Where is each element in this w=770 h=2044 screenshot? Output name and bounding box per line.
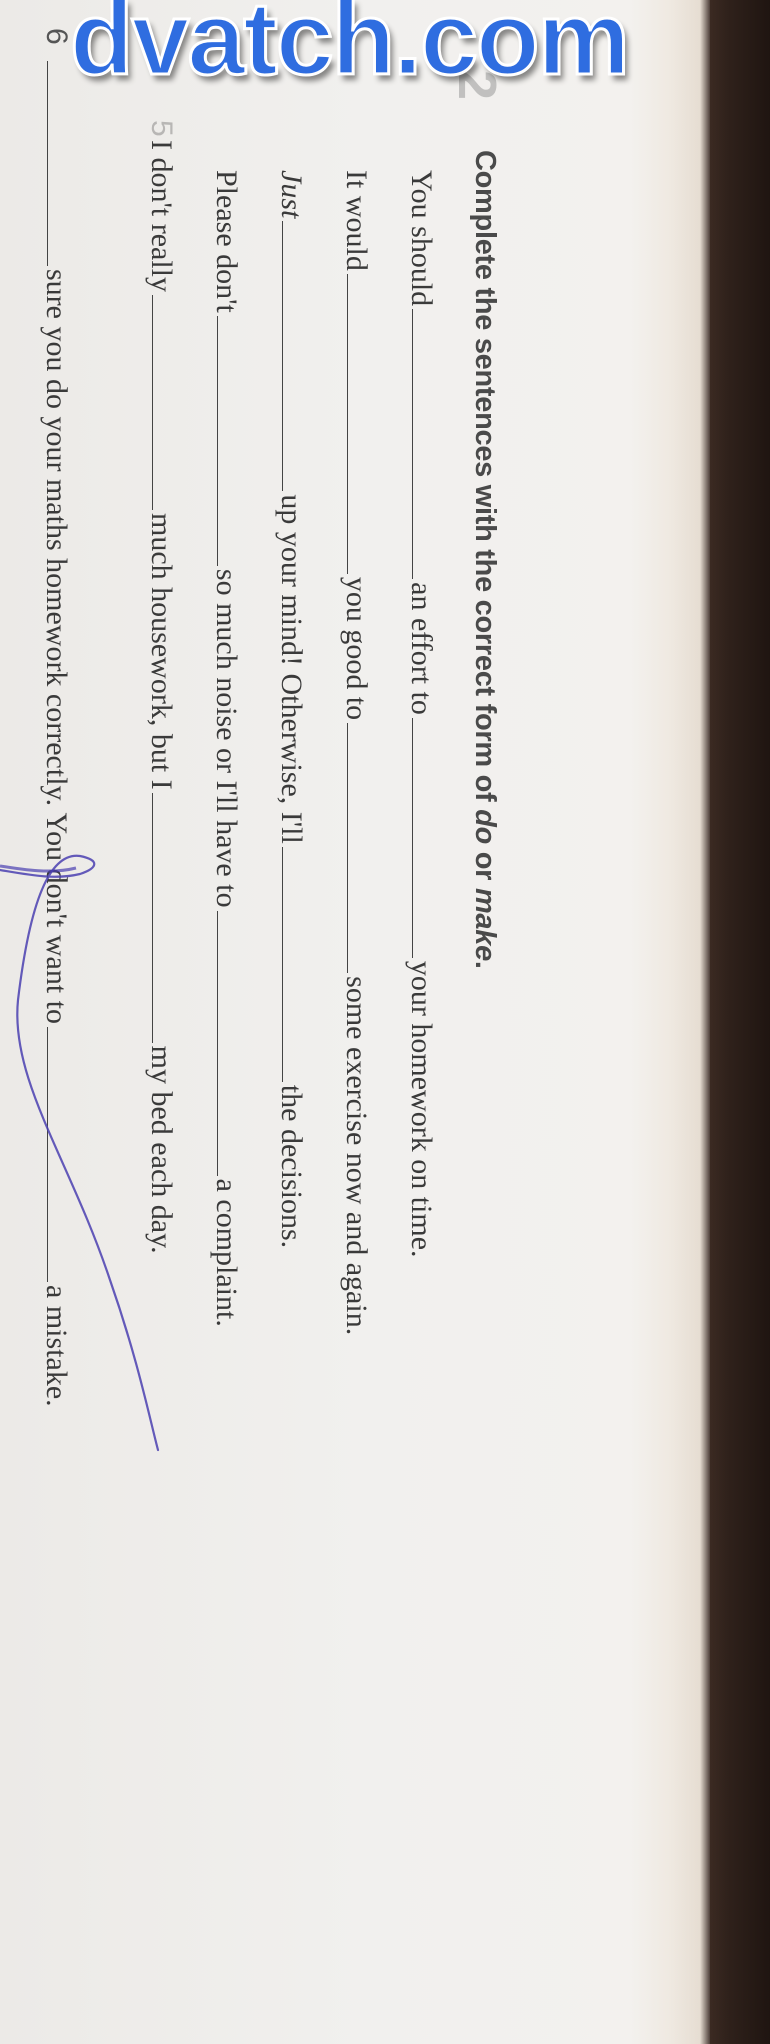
sentence-4: 4Please don'tso much noise or I'll have … bbox=[209, 140, 243, 1327]
sentence-text: my bed each day. bbox=[145, 1046, 178, 1254]
sentence-3: 3Justup your mind! Otherwise, I'llthe de… bbox=[274, 140, 308, 1248]
sentence-number: 6 bbox=[39, 28, 73, 58]
sentence-text: you good to bbox=[340, 577, 373, 720]
sentence-text: the decisions. bbox=[275, 1085, 308, 1248]
sentence-text: your homework on time. bbox=[405, 961, 438, 1258]
desk-background bbox=[710, 0, 770, 2044]
sentence-text: I don't really bbox=[145, 140, 178, 292]
instruction-or: or bbox=[469, 844, 501, 888]
sentence-text: an effort to bbox=[405, 582, 438, 715]
sentence-text: sure you do your maths homework correctl… bbox=[40, 269, 73, 1024]
instruction-text: Complete the sentences with the correct … bbox=[469, 150, 501, 809]
pen-scribble bbox=[0, 0, 770, 2044]
instruction-period: . bbox=[469, 961, 501, 969]
answer-blank[interactable] bbox=[47, 1027, 72, 1282]
instruction-word-do: do bbox=[469, 809, 501, 844]
answer-blank[interactable] bbox=[347, 723, 372, 973]
answer-blank[interactable] bbox=[412, 309, 437, 579]
sentence-text: Please don't bbox=[210, 170, 243, 313]
answer-blank[interactable] bbox=[47, 61, 72, 266]
sentence-text: so much noise or I'll have to bbox=[210, 569, 243, 908]
answer-blank[interactable] bbox=[152, 295, 177, 510]
sentence-text: Just bbox=[275, 170, 308, 218]
sentence-text: some exercise now and again. bbox=[340, 976, 373, 1335]
exercise-instruction: Complete the sentences with the correct … bbox=[468, 150, 502, 969]
sentence-text: a complaint. bbox=[210, 1179, 243, 1327]
sentence-text: much housework, but I bbox=[145, 513, 178, 790]
textbook-page: 2 Complete the sentences with the correc… bbox=[0, 0, 770, 2044]
answer-blank[interactable] bbox=[282, 847, 307, 1082]
answer-blank[interactable] bbox=[152, 793, 177, 1043]
answer-blank[interactable] bbox=[282, 221, 307, 491]
sentence-6: 6sure you do your maths homework correct… bbox=[39, 28, 73, 1407]
sentence-5: 5I don't reallymuch housework, but Imy b… bbox=[144, 120, 178, 1254]
watermark-logo: dvatch.com bbox=[70, 0, 628, 99]
answer-blank[interactable] bbox=[217, 316, 242, 566]
sentence-text: It would bbox=[340, 170, 373, 271]
answer-blank[interactable] bbox=[347, 274, 372, 574]
answer-blank[interactable] bbox=[217, 911, 242, 1176]
sentence-number: 5 bbox=[144, 120, 178, 140]
sentence-text: up your mind! Otherwise, I'll bbox=[275, 494, 308, 844]
sentence-2: 2It wouldyou good tosome exercise now an… bbox=[339, 140, 373, 1335]
answer-blank[interactable] bbox=[412, 718, 437, 958]
sentence-text: a mistake. bbox=[40, 1285, 73, 1407]
sentence-1: 1You shouldan effort toyour homework on … bbox=[404, 140, 438, 1258]
sentence-text: You should bbox=[405, 170, 438, 306]
instruction-word-make: make bbox=[469, 888, 501, 961]
